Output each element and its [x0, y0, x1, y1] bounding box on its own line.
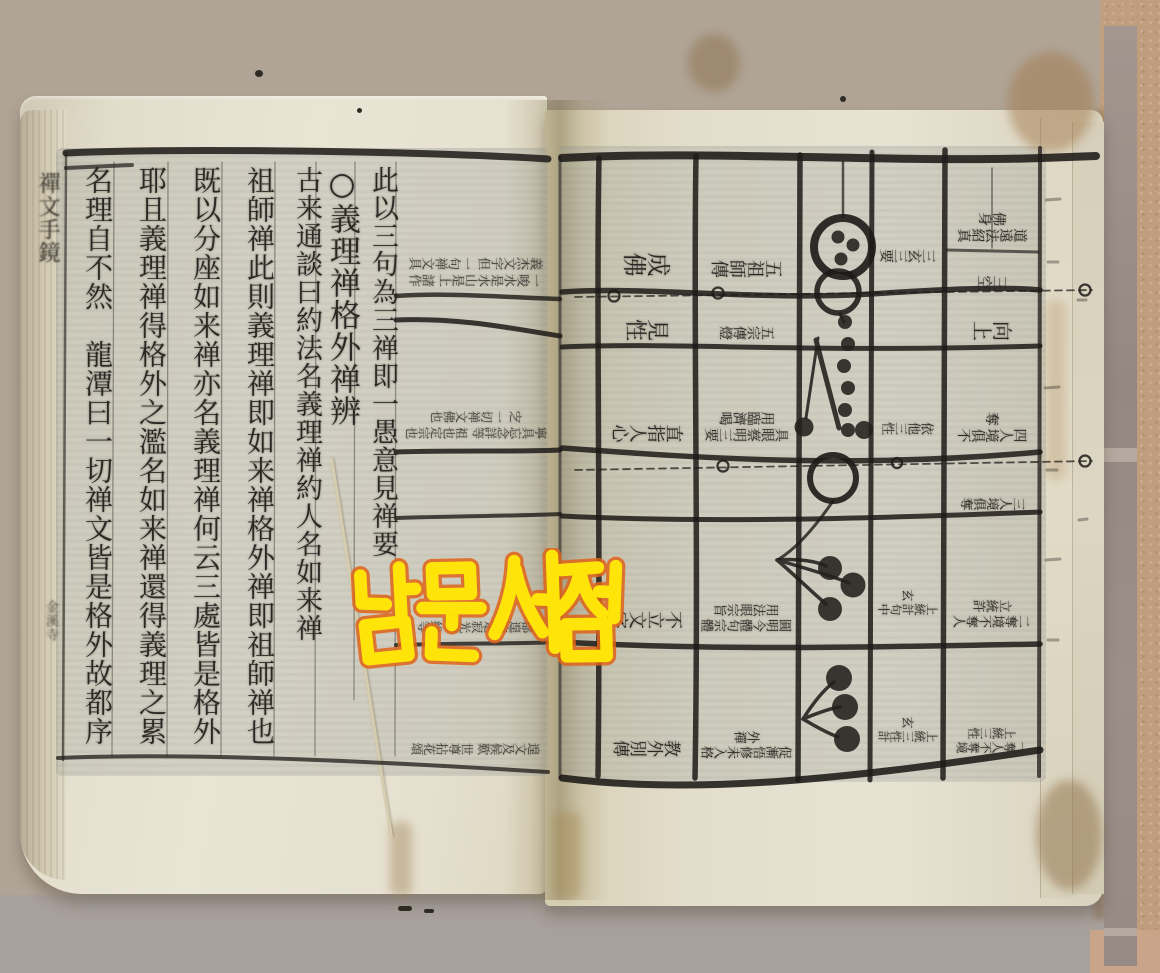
chart-cell-b1: 五祖師傳 — [697, 168, 797, 288]
annotation-block: 遑文及候歎 世尊拈花頌 — [400, 648, 552, 760]
chart-cell-e1: 道遠法紹真佛身 — [947, 168, 1038, 246]
table-surface-bottom — [0, 895, 1110, 973]
chart-cell-a2: 見性 — [600, 298, 695, 344]
text-column: 祖師禅此則義理禅即如来禅格外禅即祖師禅也 — [226, 166, 274, 766]
chart-cell-e4: 三人境俱奪 — [947, 455, 1038, 513]
chart-cell-b2: 五宗傳燈 — [697, 298, 797, 344]
chart-cell-a5: 教外別傳 — [600, 650, 695, 766]
chart-cell-e6: 一奪人不奪境上統三性 — [947, 650, 1038, 766]
ink-speck — [357, 108, 362, 113]
chart-cell-e3: 四人境俱不奪 — [947, 352, 1038, 446]
text-column: 此以三句為三禅即一愚意見禅要 — [358, 166, 396, 696]
chart-cell-d1: 三玄三要 — [874, 168, 943, 288]
chart-cell-e1b: 三空 — [947, 250, 1038, 294]
section-header-column: ○義理禅格外禅辨 — [318, 166, 358, 496]
ruler-seam — [1104, 928, 1137, 936]
text-column: 名理自不然 龍潭曰一切禅文皆是格外故都序 — [64, 166, 112, 766]
chart-cell-e2: 向上 — [947, 298, 1038, 344]
chart-cell-d2: 依他三性 — [874, 352, 943, 446]
torn-corner — [1036, 780, 1102, 890]
stain — [688, 34, 740, 92]
chart-cell-b5: 促漸悟修未入格外禪 — [697, 650, 797, 766]
ink-speck — [424, 909, 434, 913]
right-page-edge-strip — [1072, 122, 1104, 894]
chart-cell-a3: 直指人心 — [600, 352, 695, 446]
photo-scene: 禪文手鏡 金溪寺 名理自不然 龍潭曰一切禅文皆是格外故都序 耶且義理禅得格外之濫… — [0, 0, 1160, 973]
torn-corner — [1008, 52, 1094, 152]
text-column: 古来通談曰約法名義理禅約人名如来禅 — [278, 166, 320, 746]
text-column: 既以分座如来禅亦名義理禅何云三處皆是格外 — [172, 166, 220, 766]
annotation-block: 一唆水是水山是上 諸作義杰文字但 一句禅文具 — [400, 166, 552, 290]
spine-title: 禪文手鏡 — [27, 172, 59, 472]
chart-cell-d3: 上統計句中玄 — [874, 522, 943, 640]
edge-stain — [1046, 300, 1066, 480]
ink-speck — [255, 70, 263, 77]
repair-strip — [552, 812, 582, 898]
ruler-seam — [1104, 448, 1137, 462]
chart-cell-d4: 上統三性計玄 — [874, 650, 943, 766]
ink-speck — [398, 906, 412, 911]
chart-cell-b4: 圓明今體句宗體用法眼宗旨 — [697, 522, 797, 640]
spine-lower-text: 金溪寺 — [31, 600, 57, 730]
chart-cell-a4: 不立文字 — [600, 522, 695, 640]
annotation-block: 寧具忘念詳等 祖也定宗也㝎 一切禅文佛也 — [400, 352, 552, 444]
repair-strip — [390, 822, 412, 896]
ink-speck — [840, 96, 846, 102]
chart-cell-b3: 具眼蔡明三要用臨濟喝 — [697, 352, 797, 446]
gray-ruler-strip — [1104, 26, 1137, 966]
chart-cell-e5: 二奪境不奪人立統許 — [947, 522, 1038, 640]
text-column: 耶且義理禅得格外之濫名如来禅還得義理之累 — [118, 166, 166, 766]
table-surface-right-edge — [1137, 0, 1160, 973]
chart-cell-a1: 成佛 — [600, 168, 695, 288]
annotation-block: 郡遑遍定寂光海 紛等 — [400, 522, 552, 638]
